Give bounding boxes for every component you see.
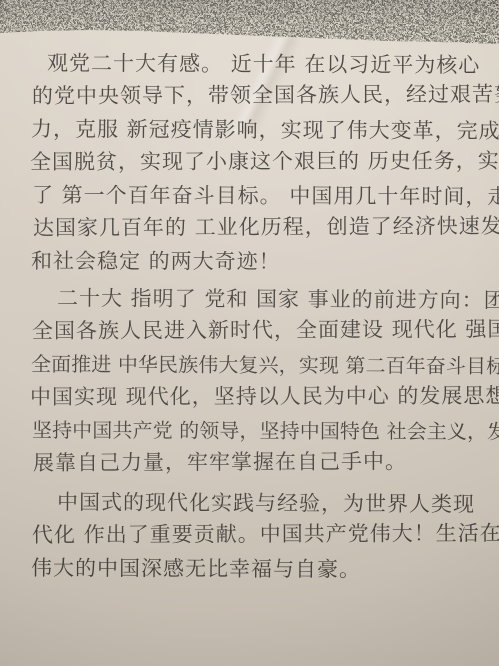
handwritten-line: 全国脱贫，实现了小康这个艰巨的 历史任务，实现 xyxy=(30,145,499,179)
handwritten-line: 全国各族人民进入新时代，全面建设 现代化 强国， xyxy=(32,313,499,348)
letter-paragraph-2: 二十大 指明了 党和 国家 事业的前进方向：团结 全国各族人民进入新时代，全面建… xyxy=(30,282,499,480)
handwritten-line: 全面推进 中华民族伟大复兴，实现 第二百年奋斗目标！ xyxy=(31,348,499,383)
handwritten-line: 二十大 指明了 党和 国家 事业的前进方向：团结 xyxy=(30,282,499,317)
handwritten-line: 伟大的中国深感无比幸福与自豪。 xyxy=(31,552,499,587)
handwritten-line: 的党中央领导下，带领全国各族人民，经过艰苦努 xyxy=(32,78,499,113)
handwritten-line: 观党二十大有感。 近十年 在以习近平为核心 xyxy=(30,47,499,82)
handwritten-line: 力，克服 新冠疫情影响，实现了伟大变革，完成了 xyxy=(31,113,499,148)
letter-paragraph-1: 观党二十大有感。 近十年 在以习近平为核心 的党中央领导下，带领全国各族人民，经… xyxy=(30,47,499,278)
handwritten-line: 中国实现 现代化，坚持以人民为中心 的发展思想 xyxy=(30,380,499,414)
photo-of-letter: 观党二十大有感。 近十年 在以习近平为核心 的党中央领导下，带领全国各族人民，经… xyxy=(0,0,499,666)
handwritten-line: 中国式的现代化实践与经验，为世界人类现 xyxy=(30,486,499,521)
handwritten-line: 了 第一个百年奋斗目标。 中国用几十年时间，走完发 xyxy=(32,179,499,214)
handwritten-line: 坚持中国共产党 的领导，坚持中国特色 社会主义，发 xyxy=(32,414,499,449)
letter-paper: 观党二十大有感。 近十年 在以习近平为核心 的党中央领导下，带领全国各族人民，经… xyxy=(0,0,499,666)
handwritten-line: 达国家几百年的 工业化历程，创造了经济快速发展 xyxy=(33,210,499,245)
handwritten-line: 展靠自己力量，牢牢掌握在自己手中。 xyxy=(33,445,499,480)
handwritten-line: 和社会稳定 的两大奇迹！ xyxy=(31,245,499,279)
handwritten-line: 代化 作出了重要贡献。中国共产党伟大！生活在 xyxy=(32,517,499,552)
letter-paragraph-3: 中国式的现代化实践与经验，为世界人类现 代化 作出了重要贡献。中国共产党伟大！生… xyxy=(30,486,499,585)
letter-text: 观党二十大有感。 近十年 在以习近平为核心 的党中央领导下，带领全国各族人民，经… xyxy=(30,47,499,585)
